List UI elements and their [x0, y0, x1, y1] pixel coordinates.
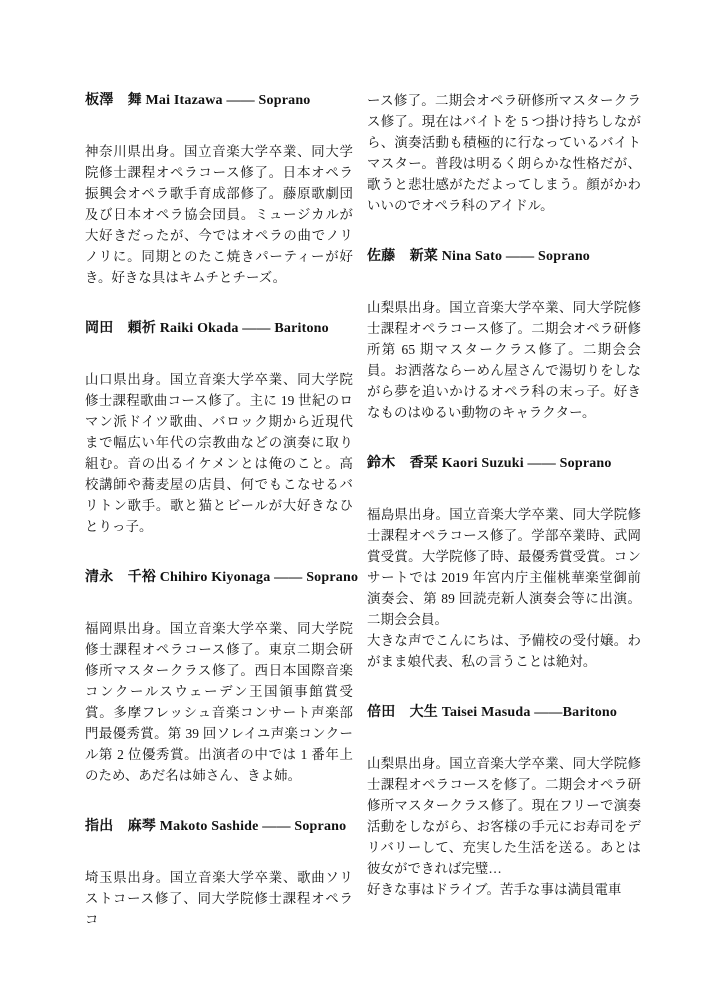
profile-bio-nina-sato: 山梨県出身。国立音楽大学卒業、同大学院修士課程オペラコース修了。二期会オペラ研修… [367, 297, 641, 423]
profile-bio-makoto-sashide-part1: 埼玉県出身。国立音楽大学卒業、歌曲ソリストコース修了、同大学院修士課程オペラコ [85, 867, 353, 930]
profile-bio-makoto-sashide-part2: ース修了。二期会オペラ研修所マスタークラス修了。現在はバイトを 5 つ掛け持ちし… [367, 90, 641, 216]
profile-heading-nina-sato: 佐藤 新菜 Nina Sato —— Soprano [367, 246, 641, 267]
profile-bio-chihiro-kiyonaga: 福岡県出身。国立音楽大学卒業、同大学院修士課程オペラコース修了。東京二期会研修所… [85, 618, 353, 786]
profile-bio-mai-itazawa: 神奈川県出身。国立音楽大学卒業、同大学院修士課程オペラコース修了。日本オペラ振興… [85, 141, 353, 288]
document-page: 板澤 舞 Mai Itazawa —— Soprano 神奈川県出身。国立音楽大… [0, 0, 710, 987]
left-column: 板澤 舞 Mai Itazawa —— Soprano 神奈川県出身。国立音楽大… [85, 90, 353, 987]
profile-heading-raiki-okada: 岡田 頼祈 Raiki Okada —— Baritono [85, 318, 353, 339]
profile-bio-raiki-okada: 山口県出身。国立音楽大学卒業、同大学院修士課程歌曲コース修了。主に 19 世紀の… [85, 369, 353, 537]
profile-heading-makoto-sashide: 指出 麻琴 Makoto Sashide —— Soprano [85, 816, 353, 837]
profile-heading-mai-itazawa: 板澤 舞 Mai Itazawa —— Soprano [85, 90, 353, 111]
profile-heading-kaori-suzuki: 鈴木 香栞 Kaori Suzuki —— Soprano [367, 453, 641, 474]
profile-heading-chihiro-kiyonaga: 清永 千裕 Chihiro Kiyonaga —— Soprano [85, 567, 353, 588]
profile-bio-taisei-masuda: 山梨県出身。国立音楽大学卒業、同大学院修士課程オペラコースを修了。二期会オペラ研… [367, 753, 641, 900]
profile-heading-taisei-masuda: 倍田 大生 Taisei Masuda ——Baritono [367, 702, 641, 723]
right-column: ース修了。二期会オペラ研修所マスタークラス修了。現在はバイトを 5 つ掛け持ちし… [367, 90, 641, 987]
profile-bio-kaori-suzuki: 福島県出身。国立音楽大学卒業、同大学院修士課程オペラコース修了。学部卒業時、武岡… [367, 504, 641, 672]
